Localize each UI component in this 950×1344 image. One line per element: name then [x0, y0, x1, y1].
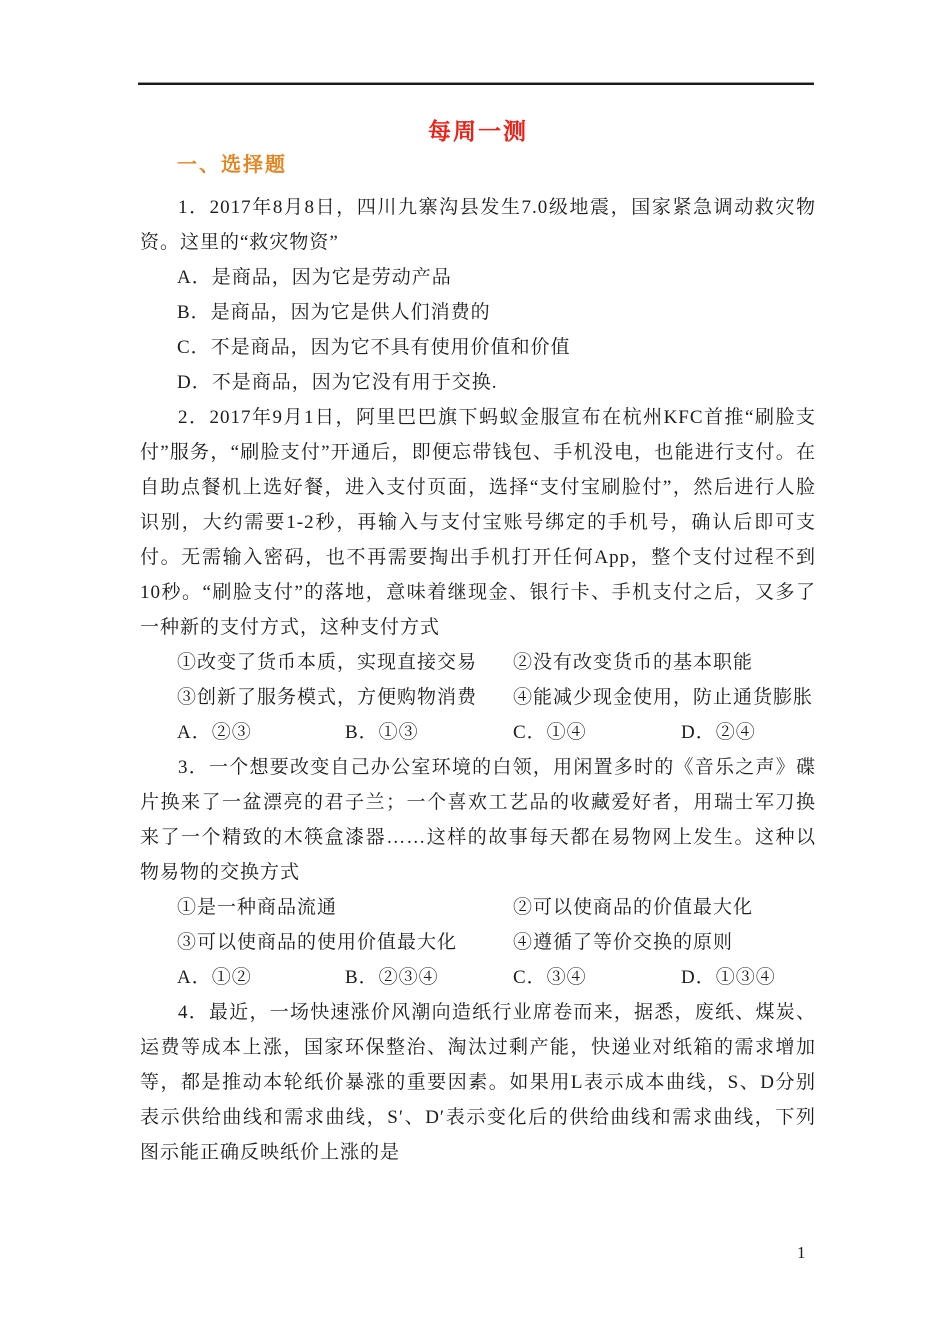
question-stem: 2．2017年9月1日，阿里巴巴旗下蚂蚁金服宣布在杭州KFC首推“刷脸支付”服务… — [140, 400, 816, 645]
statement-row: ①改变了货币本质，实现直接交易 ②没有改变货币的基本职能 — [140, 645, 816, 680]
answer-row: A．①② B．②③④ C．③④ D．①③④ — [140, 960, 816, 995]
question-stem: 4．最近，一场快速涨价风潮向造纸行业席卷而来，据悉，废纸、煤炭、运费等成本上涨，… — [140, 995, 816, 1170]
page-title: 每周一测 — [140, 116, 816, 148]
statement-row: ③可以使商品的使用价值最大化 ④遵循了等价交换的原则 — [140, 925, 816, 960]
document-page: 每周一测 一、选择题 1．2017年8月8日，四川九寨沟县发生7.0级地震，国家… — [0, 0, 950, 1344]
statement-4: ④能减少现金使用，防止通货膨胀 — [513, 680, 816, 715]
answer-a: A．①② — [177, 960, 345, 995]
answer-row: A．②③ B．①③ C．①④ D．②④ — [140, 715, 816, 750]
question-stem: 3．一个想要改变自己办公室环境的白领，用闲置多时的《音乐之声》碟片换来了一盆漂亮… — [140, 750, 816, 890]
option-line-a: A．是商品，因为它是劳动产品 — [140, 260, 816, 295]
option-line-d: D．不是商品，因为它没有用于交换. — [140, 365, 816, 400]
statement-1: ①是一种商品流通 — [177, 890, 513, 925]
answer-c: C．①④ — [513, 715, 681, 750]
question-stem: 1．2017年8月8日，四川九寨沟县发生7.0级地震，国家紧急调动救灾物资。这里… — [140, 190, 816, 260]
section-heading: 一、选择题 — [140, 148, 816, 182]
statement-2: ②没有改变货币的基本职能 — [513, 645, 816, 680]
header-rule — [138, 82, 814, 85]
answer-d: D．①③④ — [681, 960, 816, 995]
statement-3: ③创新了服务模式，方便购物消费 — [177, 680, 513, 715]
statement-3: ③可以使商品的使用价值最大化 — [177, 925, 513, 960]
question-block-1: 1．2017年8月8日，四川九寨沟县发生7.0级地震，国家紧急调动救灾物资。这里… — [140, 190, 816, 400]
option-line-b: B．是商品，因为它是供人们消费的 — [140, 295, 816, 330]
statement-row: ③创新了服务模式，方便购物消费 ④能减少现金使用，防止通货膨胀 — [140, 680, 816, 715]
answer-d: D．②④ — [681, 715, 816, 750]
question-block-3: 3．一个想要改变自己办公室环境的白领，用闲置多时的《音乐之声》碟片换来了一盆漂亮… — [140, 750, 816, 995]
answer-a: A．②③ — [177, 715, 345, 750]
statement-1: ①改变了货币本质，实现直接交易 — [177, 645, 513, 680]
question-block-2: 2．2017年9月1日，阿里巴巴旗下蚂蚁金服宣布在杭州KFC首推“刷脸支付”服务… — [140, 400, 816, 750]
answer-b: B．②③④ — [345, 960, 513, 995]
statement-2: ②可以使商品的价值最大化 — [513, 890, 816, 925]
question-block-4: 4．最近，一场快速涨价风潮向造纸行业席卷而来，据悉，废纸、煤炭、运费等成本上涨，… — [140, 995, 816, 1170]
document-content: 每周一测 一、选择题 1．2017年8月8日，四川九寨沟县发生7.0级地震，国家… — [140, 116, 816, 1170]
answer-c: C．③④ — [513, 960, 681, 995]
option-line-c: C．不是商品，因为它不具有使用价值和价值 — [140, 330, 816, 365]
statement-row: ①是一种商品流通 ②可以使商品的价值最大化 — [140, 890, 816, 925]
answer-b: B．①③ — [345, 715, 513, 750]
statement-4: ④遵循了等价交换的原则 — [513, 925, 816, 960]
page-number: 1 — [797, 1242, 806, 1264]
